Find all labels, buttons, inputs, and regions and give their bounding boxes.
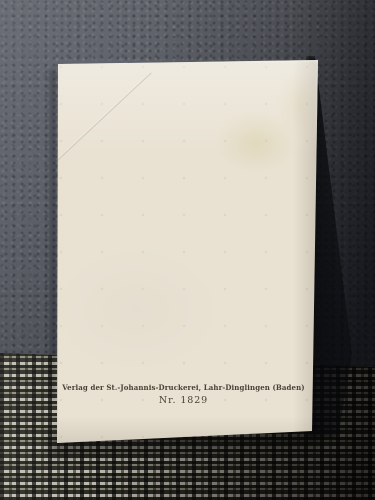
booklet-back-cover: Verlag der St.-Johannis-Druckerei, Lahr-… xyxy=(56,60,319,443)
corner-crease xyxy=(55,72,151,162)
photo-scene: Verlag der St.-Johannis-Druckerei, Lahr-… xyxy=(0,0,375,500)
print-number: Nr. 1829 xyxy=(56,395,311,406)
card-cast-shadow-left xyxy=(46,70,56,400)
publisher-imprint-text: Verlag der St.-Johannis-Druckerei, Lahr-… xyxy=(56,383,311,393)
publisher-imprint: Verlag der St.-Johannis-Druckerei, Lahr-… xyxy=(56,383,311,406)
